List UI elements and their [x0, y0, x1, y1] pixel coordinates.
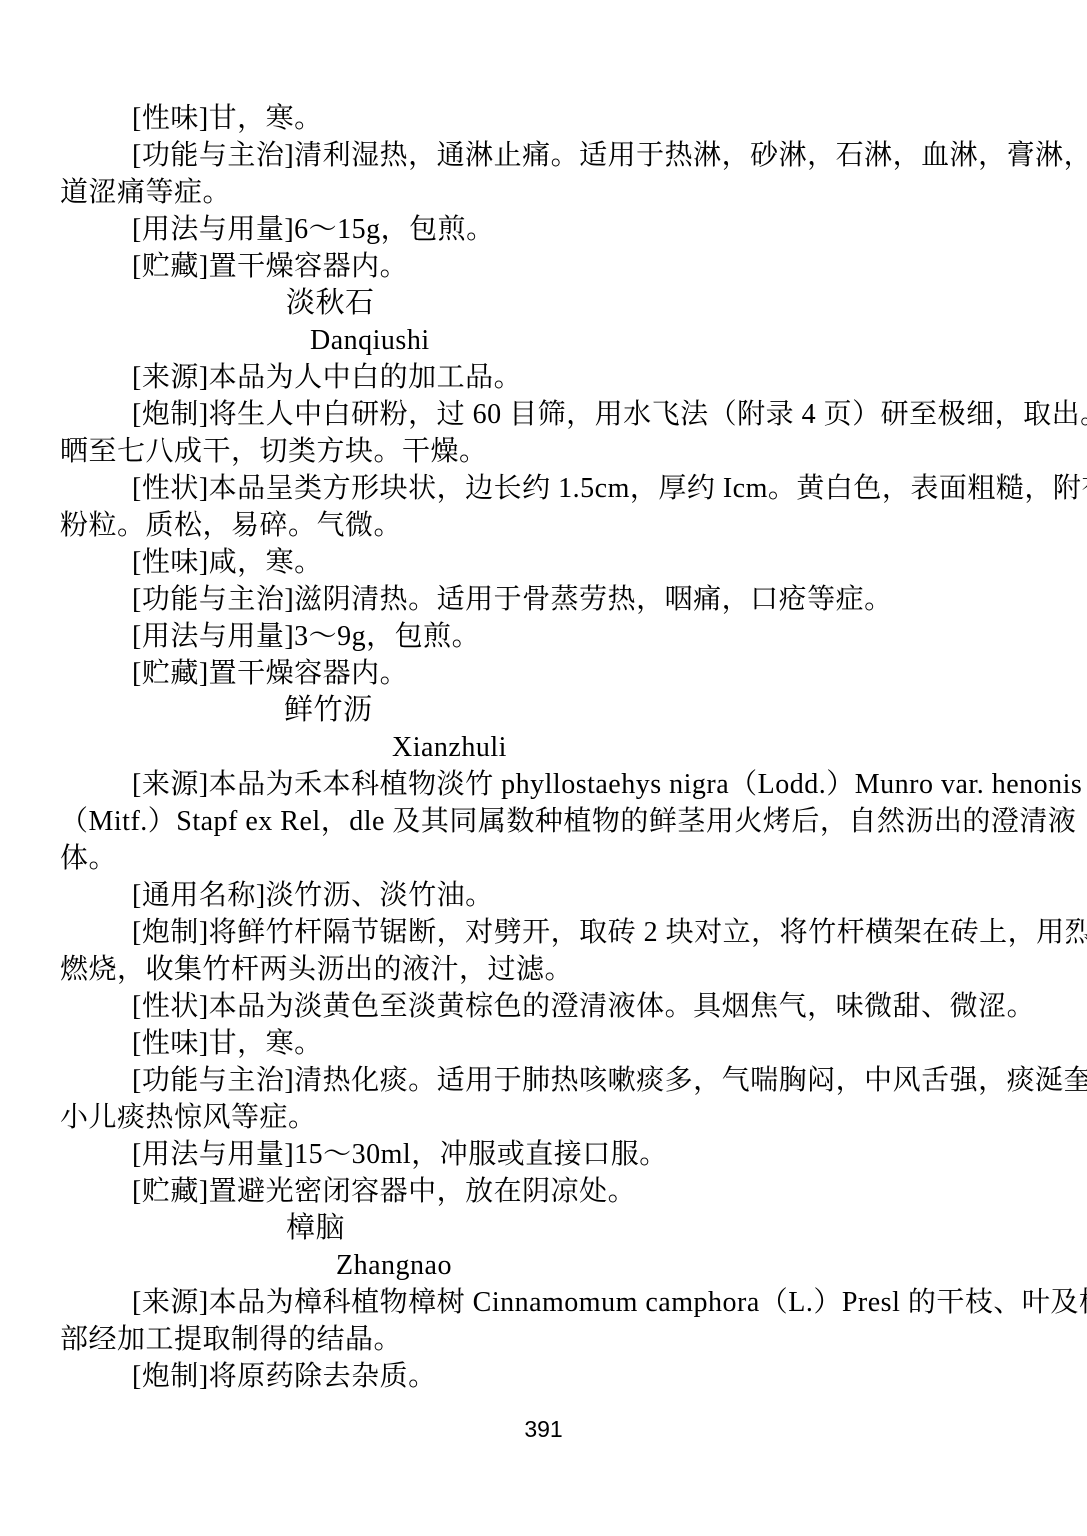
text-line: [炮制]将生人中白研粉，过 60 目筛，用水飞法（附录 4 页）研至极细，取出。: [60, 396, 1035, 433]
text-line: 燃烧，收集竹杆两头沥出的液汁，过滤。: [60, 951, 1035, 988]
text-line: 部经加工提取制得的结晶。: [60, 1321, 1035, 1358]
text-line: （Mitf.）Stapf ex Rel，dle 及其同属数种植物的鲜茎用火烤后，…: [60, 803, 1035, 840]
text-line: 晒至七八成干，切类方块。干燥。: [60, 433, 1035, 470]
entry-title-cn: 淡秋石: [286, 285, 1035, 322]
text-line: [性味]甘，寒。: [60, 100, 1035, 137]
entry-title-cn: 鲜竹沥: [284, 692, 1035, 729]
page-number: 391: [0, 1416, 1087, 1443]
text-line: [功能与主治]清热化痰。适用于肺热咳嗽痰多，气喘胸闷，中风舌强，痰涎奎盛，: [60, 1062, 1035, 1099]
text-line: 小儿痰热惊风等症。: [60, 1099, 1035, 1136]
entry-title-cn: 樟脑: [286, 1210, 1035, 1247]
text-line: [贮藏]置干燥容器内。: [60, 248, 1035, 285]
entry-title-pinyin: Xianzhuli: [392, 729, 1035, 766]
text-content: [性味]甘，寒。[功能与主治]清利湿热，通淋止痛。适用于热淋，砂淋，石淋，血淋，…: [60, 100, 1035, 1395]
text-line: [贮藏]置干燥容器内。: [60, 655, 1035, 692]
text-line: 粉粒。质松，易碎。气微。: [60, 507, 1035, 544]
text-line: [通用名称]淡竹沥、淡竹油。: [60, 877, 1035, 914]
text-line: [炮制]将原药除去杂质。: [60, 1358, 1035, 1395]
text-line: 道涩痛等症。: [60, 174, 1035, 211]
text-line: 体。: [60, 840, 1035, 877]
text-line: [性味]甘，寒。: [60, 1025, 1035, 1062]
text-line: [来源]本品为樟科植物樟树 Cinnamomum camphora（L.）Pre…: [60, 1284, 1035, 1321]
text-line: [贮藏]置避光密闭容器中，放在阴凉处。: [60, 1173, 1035, 1210]
entry-title-pinyin: Danqiushi: [310, 322, 1035, 359]
text-line: [功能与主治]清利湿热，通淋止痛。适用于热淋，砂淋，石淋，血淋，膏淋，尿: [60, 137, 1035, 174]
text-line: [性状]本品呈类方形块状，边长约 1.5cm，厚约 Icm。黄白色，表面粗糙，附…: [60, 470, 1035, 507]
text-line: [来源]本品为禾本科植物淡竹 phyllostaehys nigra（Lodd.…: [60, 766, 1035, 803]
text-line: [功能与主治]滋阴清热。适用于骨蒸劳热，咽痛，口疮等症。: [60, 581, 1035, 618]
text-line: [用法与用量]6～15g，包煎。: [60, 211, 1035, 248]
entry-title-pinyin: Zhangnao: [336, 1247, 1035, 1284]
text-line: [性状]本品为淡黄色至淡黄棕色的澄清液体。具烟焦气，味微甜、微涩。: [60, 988, 1035, 1025]
text-line: [炮制]将鲜竹杆隔节锯断，对劈开，取砖 2 块对立，将竹杆横架在砖上，用烈火: [60, 914, 1035, 951]
text-line: [用法与用量]3～9g，包煎。: [60, 618, 1035, 655]
text-line: [性味]咸，寒。: [60, 544, 1035, 581]
document-page: [性味]甘，寒。[功能与主治]清利湿热，通淋止痛。适用于热淋，砂淋，石淋，血淋，…: [0, 0, 1087, 1536]
text-line: [来源]本品为人中白的加工品。: [60, 359, 1035, 396]
text-line: [用法与用量]15～30ml，冲服或直接口服。: [60, 1136, 1035, 1173]
